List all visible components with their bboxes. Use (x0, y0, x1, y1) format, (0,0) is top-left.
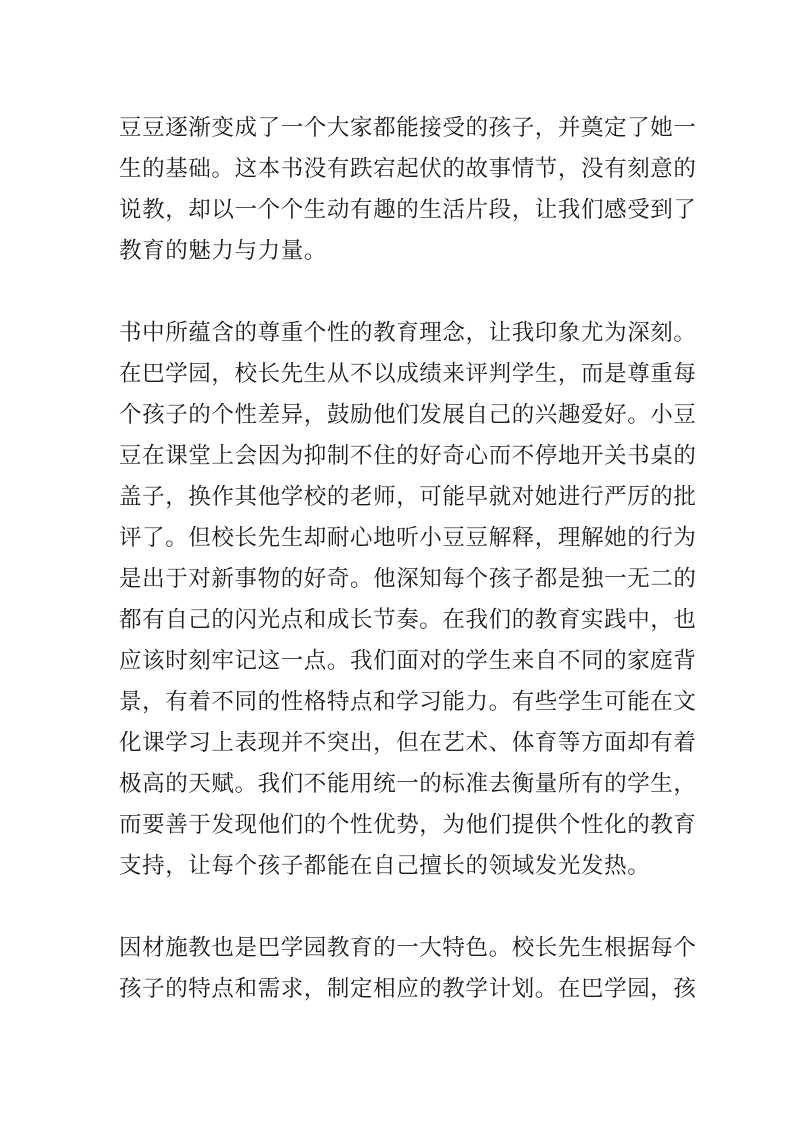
text-line: 支持，让每个孩子都能在自己擅长的领域发光发热。 (119, 846, 679, 887)
text-line: 生的基础。这本书没有跌宕起伏的故事情节，没有刻意的 (119, 149, 679, 190)
text-line: 说教，却以一个个生动有趣的生活片段，让我们感受到了 (119, 190, 679, 231)
document-page: 豆豆逐渐变成了一个大家都能接受的孩子，并奠定了她一 生的基础。这本书没有跌宕起伏… (0, 0, 793, 1122)
text-line: 评了。但校长先生却耐心地听小豆豆解释，理解她的行为 (119, 518, 679, 559)
text-line: 是出于对新事物的好奇。他深知每个孩子都是独一无二的 (119, 559, 679, 600)
text-line: 应该时刻牢记这一点。我们面对的学生来自不同的家庭背 (119, 641, 679, 682)
text-line: 都有自己的闪光点和成长节奏。在我们的教育实践中，也 (119, 600, 679, 641)
text-line: 教育的魅力与力量。 (119, 231, 679, 272)
text-line: 在巴学园，校长先生从不以成绩来评判学生，而是尊重每 (119, 354, 679, 395)
text-line: 豆豆逐渐变成了一个大家都能接受的孩子，并奠定了她一 (119, 108, 679, 149)
text-line: 化课学习上表现并不突出，但在艺术、体育等方面却有着 (119, 723, 679, 764)
text-line: 个孩子的个性差异，鼓励他们发展自己的兴趣爱好。小豆 (119, 395, 679, 436)
text-line: 景，有着不同的性格特点和学习能力。有些学生可能在文 (119, 682, 679, 723)
text-line: 豆在课堂上会因为抑制不住的好奇心而不停地开关书桌的 (119, 436, 679, 477)
text-line: 孩子的特点和需求，制定相应的教学计划。在巴学园，孩 (119, 969, 679, 1010)
paragraph-2: 书中所蕴含的尊重个性的教育理念，让我印象尤为深刻。 在巴学园，校长先生从不以成绩… (119, 313, 679, 887)
paragraph-1: 豆豆逐渐变成了一个大家都能接受的孩子，并奠定了她一 生的基础。这本书没有跌宕起伏… (119, 108, 679, 272)
text-line: 因材施教也是巴学园教育的一大特色。校长先生根据每个 (119, 928, 679, 969)
text-line: 书中所蕴含的尊重个性的教育理念，让我印象尤为深刻。 (119, 313, 679, 354)
text-line: 盖子，换作其他学校的老师，可能早就对她进行严厉的批 (119, 477, 679, 518)
document-body: 豆豆逐渐变成了一个大家都能接受的孩子，并奠定了她一 生的基础。这本书没有跌宕起伏… (119, 108, 679, 1051)
paragraph-3: 因材施教也是巴学园教育的一大特色。校长先生根据每个 孩子的特点和需求，制定相应的… (119, 928, 679, 1010)
text-line: 而要善于发现他们的个性优势，为他们提供个性化的教育 (119, 805, 679, 846)
text-line: 极高的天赋。我们不能用统一的标准去衡量所有的学生， (119, 764, 679, 805)
